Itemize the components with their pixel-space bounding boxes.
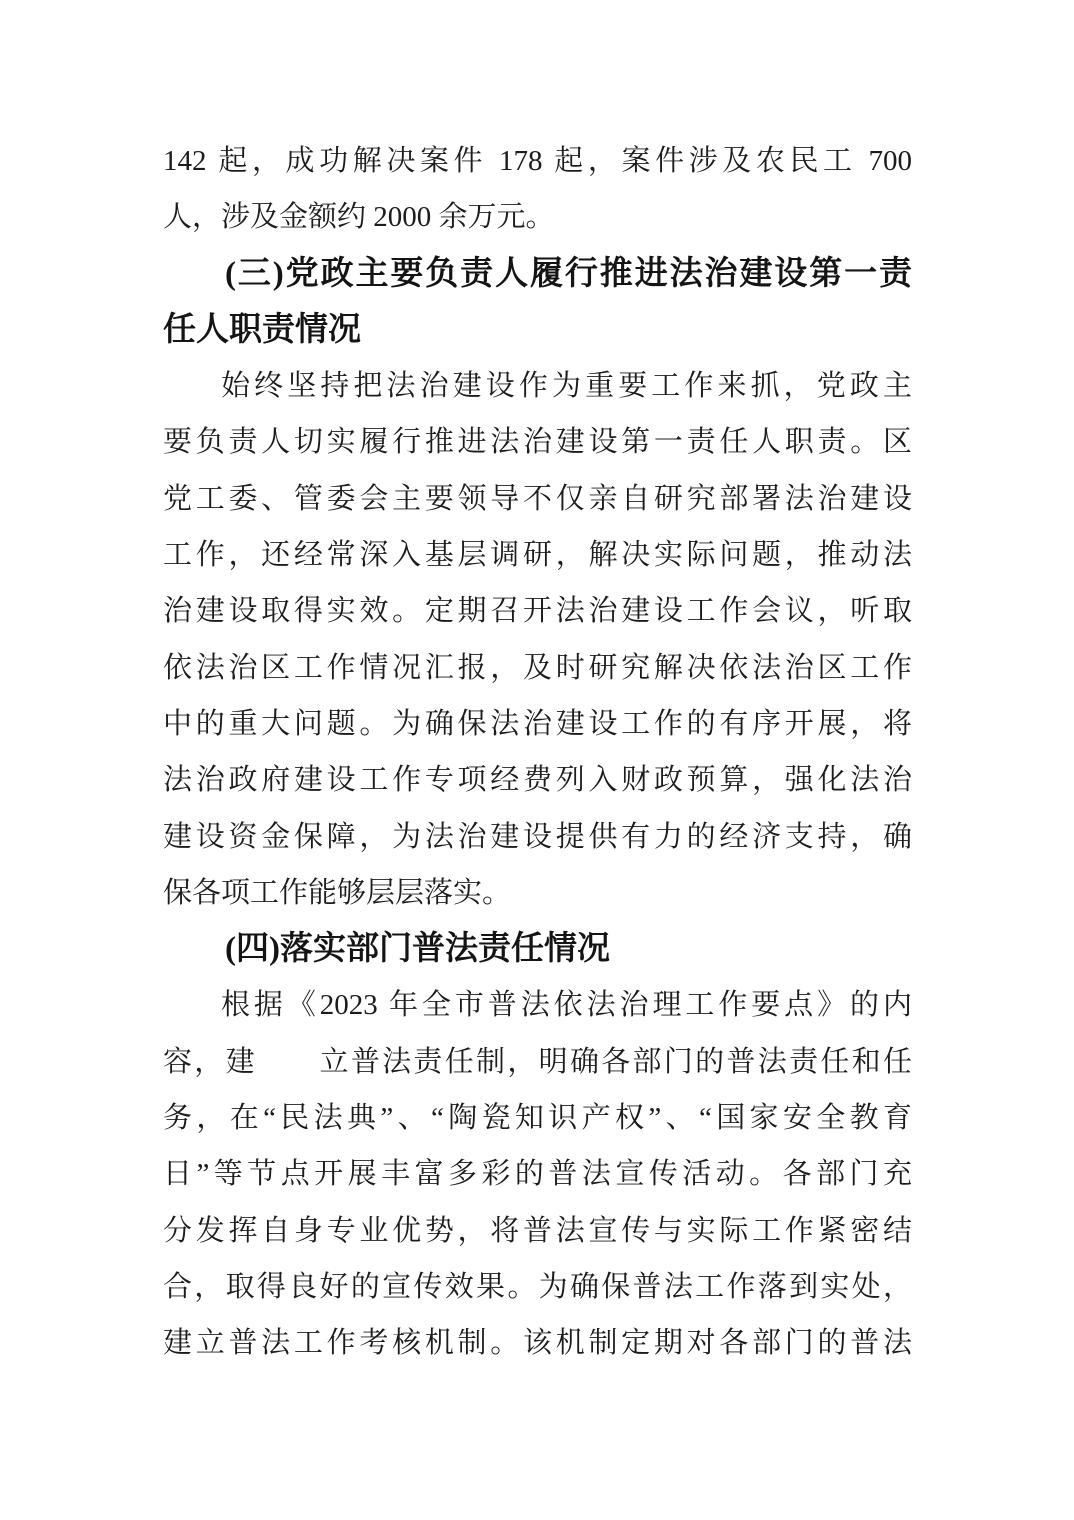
body-line: 始终坚持把法治建设作为重要工作来抓，党政主 xyxy=(163,358,912,414)
body-line: 党工委、管委会主要领导不仅亲自研究部署法治建设 xyxy=(163,471,912,527)
heading-line: (四)落实部门普法责任情况 xyxy=(163,921,912,977)
page-text-block: 142 起，成功解决案件 178 起，案件涉及农民工 700人，涉及金额约 20… xyxy=(163,133,912,1372)
heading-line: (三)党政主要负责人履行推进法治建设第一责 xyxy=(163,246,912,302)
body-line: 合，取得良好的宣传效果。为确保普法工作落到实处， xyxy=(163,1259,912,1315)
body-line: 分发挥自身专业优势，将普法宣传与实际工作紧密结 xyxy=(163,1203,912,1259)
body-line: 依法治区工作情况汇报，及时研究解决依法治区工作 xyxy=(163,640,912,696)
body-line: 日”等节点开展丰富多彩的普法宣传活动。各部门充 xyxy=(163,1146,912,1202)
body-line: 工作，还经常深入基层调研，解决实际问题，推动法 xyxy=(163,527,912,583)
body-line: 治建设取得实效。定期召开法治建设工作会议，听取 xyxy=(163,583,912,639)
body-line: 142 起，成功解决案件 178 起，案件涉及农民工 700 xyxy=(163,133,912,189)
document-page: 142 起，成功解决案件 178 起，案件涉及农民工 700人，涉及金额约 20… xyxy=(0,0,1074,1520)
body-line: 建设资金保障，为法治建设提供有力的经济支持，确 xyxy=(163,809,912,865)
body-line: 法治政府建设工作专项经费列入财政预算，强化法治 xyxy=(163,752,912,808)
body-line: 要负责人切实履行推进法治建设第一责任人职责。区 xyxy=(163,414,912,470)
body-line: 建立普法工作考核机制。该机制定期对各部门的普法 xyxy=(163,1315,912,1371)
body-line: 务，在“民法典”、“陶瓷知识产权”、“国家安全教育 xyxy=(163,1090,912,1146)
heading-line: 任人职责情况 xyxy=(163,302,912,358)
body-line: 根据《2023 年全市普法依法治理工作要点》的内 xyxy=(163,977,912,1033)
body-line: 保各项工作能够层层落实。 xyxy=(163,865,912,921)
body-line: 人，涉及金额约 2000 余万元。 xyxy=(163,189,912,245)
body-line: 容，建 立普法责任制，明确各部门的普法责任和任 xyxy=(163,1034,912,1090)
body-line: 中的重大问题。为确保法治建设工作的有序开展，将 xyxy=(163,696,912,752)
